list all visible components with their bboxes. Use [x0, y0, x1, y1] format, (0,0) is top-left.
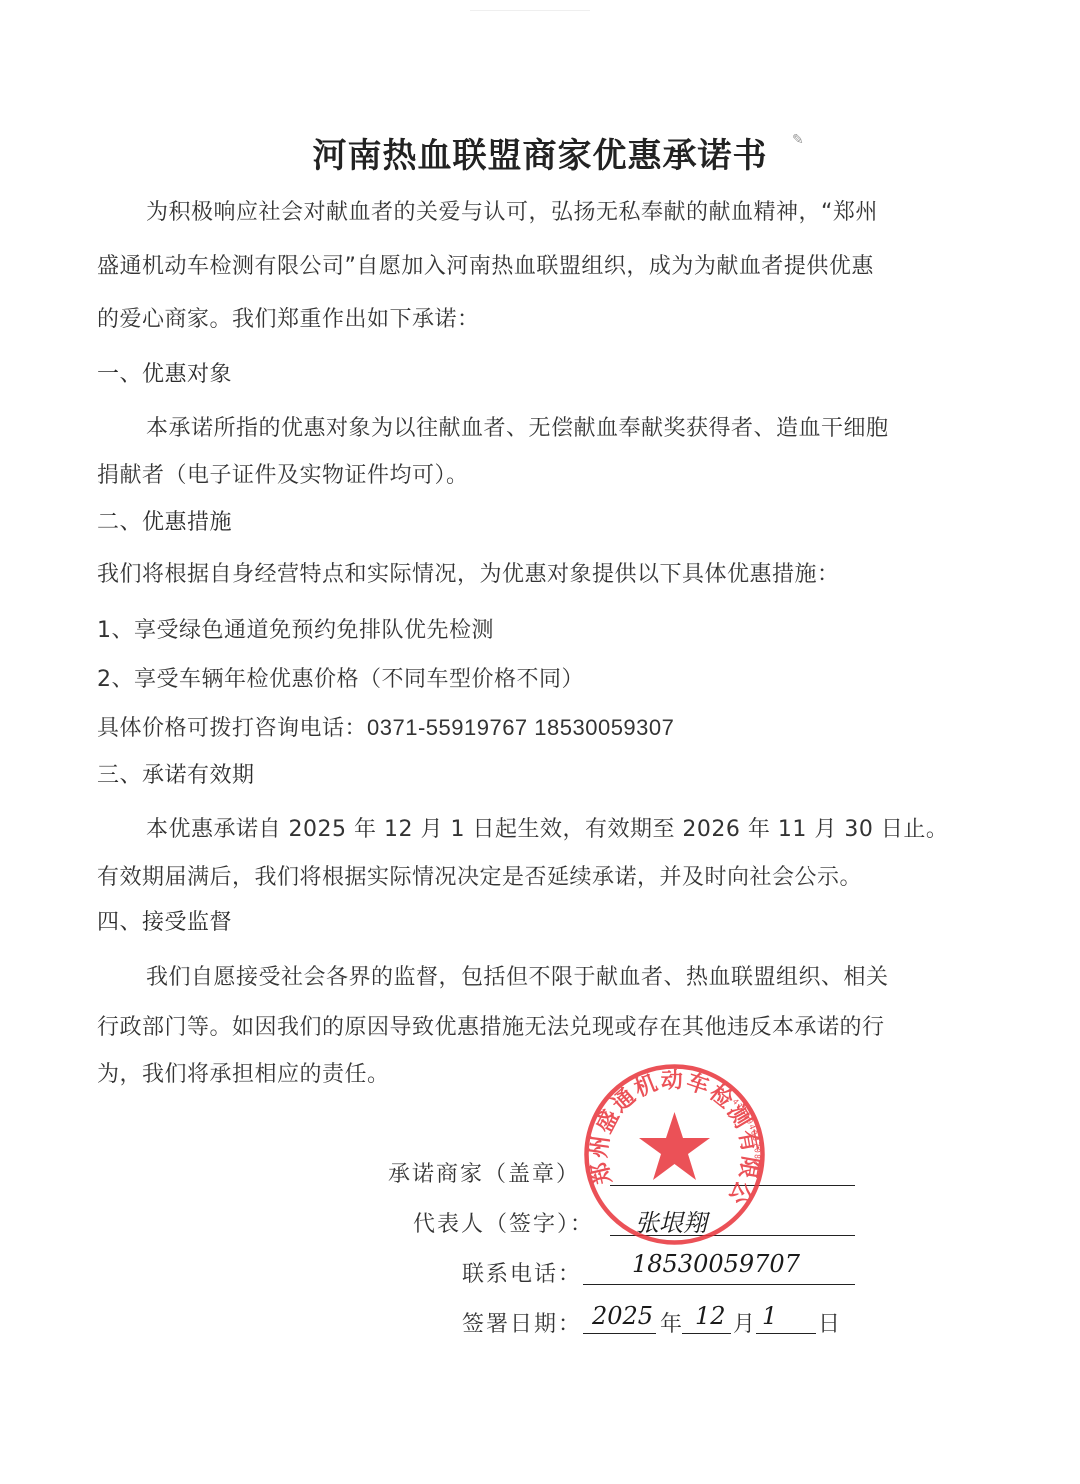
year-unit: 年	[660, 1307, 684, 1338]
section-2-item-2: 2、享受车辆年检优惠价格（不同车型价格不同）	[97, 662, 584, 693]
representative-label: 代表人（签字）：	[413, 1207, 594, 1238]
document-title: 河南热血联盟商家优惠承诺书	[0, 128, 1080, 177]
phone-prompt: 具体价格可拨打咨询电话：	[97, 716, 367, 741]
seal-star-icon	[639, 1112, 710, 1180]
date-day-line	[756, 1333, 816, 1334]
date-month: 12	[695, 1302, 726, 1330]
section-2-item-1: 1、享受绿色通道免预约免排队优先检测	[97, 613, 494, 644]
scan-mark-icon: ✎	[792, 132, 804, 148]
phone-handwritten: 18530059707	[632, 1250, 800, 1278]
section-1-line-1: 本承诺所指的优惠对象为以往献血者、无偿献血奉献奖获得者、造血干细胞	[146, 411, 889, 442]
scan-artifact-header	[470, 86, 590, 100]
scan-artifact	[470, 10, 590, 23]
representative-signature: 张垠翔	[635, 1203, 707, 1238]
consult-phone-numbers: 0371-55919767 18530059307	[367, 715, 674, 740]
svg-text:郑州盛通机动车检测有限公司: 郑州盛通机动车检测有限公司	[582, 1062, 763, 1210]
date-year: 2025	[592, 1302, 653, 1330]
day-unit: 日	[818, 1307, 842, 1338]
section-1-line-2: 捐献者（电子证件及实物证件均可）。	[97, 458, 469, 489]
svg-text:4101040070824: 4101040070824	[731, 1097, 762, 1173]
seal-code: 4101040070824	[731, 1097, 762, 1173]
section-4-line-2: 行政部门等。如因我们的原因导致优惠措施无法兑现或存在其他违反本承诺的行	[97, 1010, 885, 1041]
section-2-heading: 二、优惠措施	[97, 505, 232, 536]
section-3-line-2: 有效期届满后，我们将根据实际情况决定是否延续承诺，并及时向社会公示。	[97, 860, 862, 891]
date-day: 1	[762, 1302, 777, 1330]
section-2-phone-label: 具体价格可拨打咨询电话：0371-55919767 18530059307	[97, 711, 674, 742]
section-4-heading: 四、接受监督	[97, 905, 232, 936]
date-label: 签署日期：	[462, 1307, 582, 1338]
seal-company-name: 郑州盛通机动车检测有限公司	[582, 1062, 763, 1210]
month-unit: 月	[733, 1307, 757, 1338]
date-month-line	[682, 1333, 731, 1334]
section-1-heading: 一、优惠对象	[97, 357, 232, 388]
section-4-line-3: 为，我们将承担相应的责任。	[97, 1057, 390, 1088]
section-2-line-1: 我们将根据自身经营特点和实际情况，为优惠对象提供以下具体优惠措施：	[97, 557, 840, 588]
section-4-line-1: 我们自愿接受社会各界的监督，包括但不限于献血者、热血联盟组织、相关	[146, 960, 889, 991]
intro-line-1: 为积极响应社会对献血者的关爱与认可，弘扬无私奉献的献血精神，“郑州	[146, 195, 878, 226]
section-3-line-1: 本优惠承诺自 2025 年 12 月 1 日起生效，有效期至 2026 年 11…	[146, 812, 948, 843]
intro-line-3: 的爱心商家。我们郑重作出如下承诺：	[97, 302, 480, 333]
document-page: 河南热血联盟商家优惠承诺书 ✎ 为积极响应社会对献血者的关爱与认可，弘扬无私奉献…	[0, 0, 1080, 1484]
section-3-heading: 三、承诺有效期	[97, 758, 255, 789]
intro-line-2: 盛通机动车检测有限公司”自愿加入河南热血联盟组织，成为为献血者提供优惠	[97, 249, 874, 280]
merchant-seal-line	[610, 1185, 855, 1186]
merchant-seal-label: 承诺商家（盖章）	[388, 1157, 580, 1188]
date-year-line	[583, 1333, 656, 1334]
phone-line	[583, 1284, 855, 1285]
phone-label: 联系电话：	[462, 1257, 582, 1288]
